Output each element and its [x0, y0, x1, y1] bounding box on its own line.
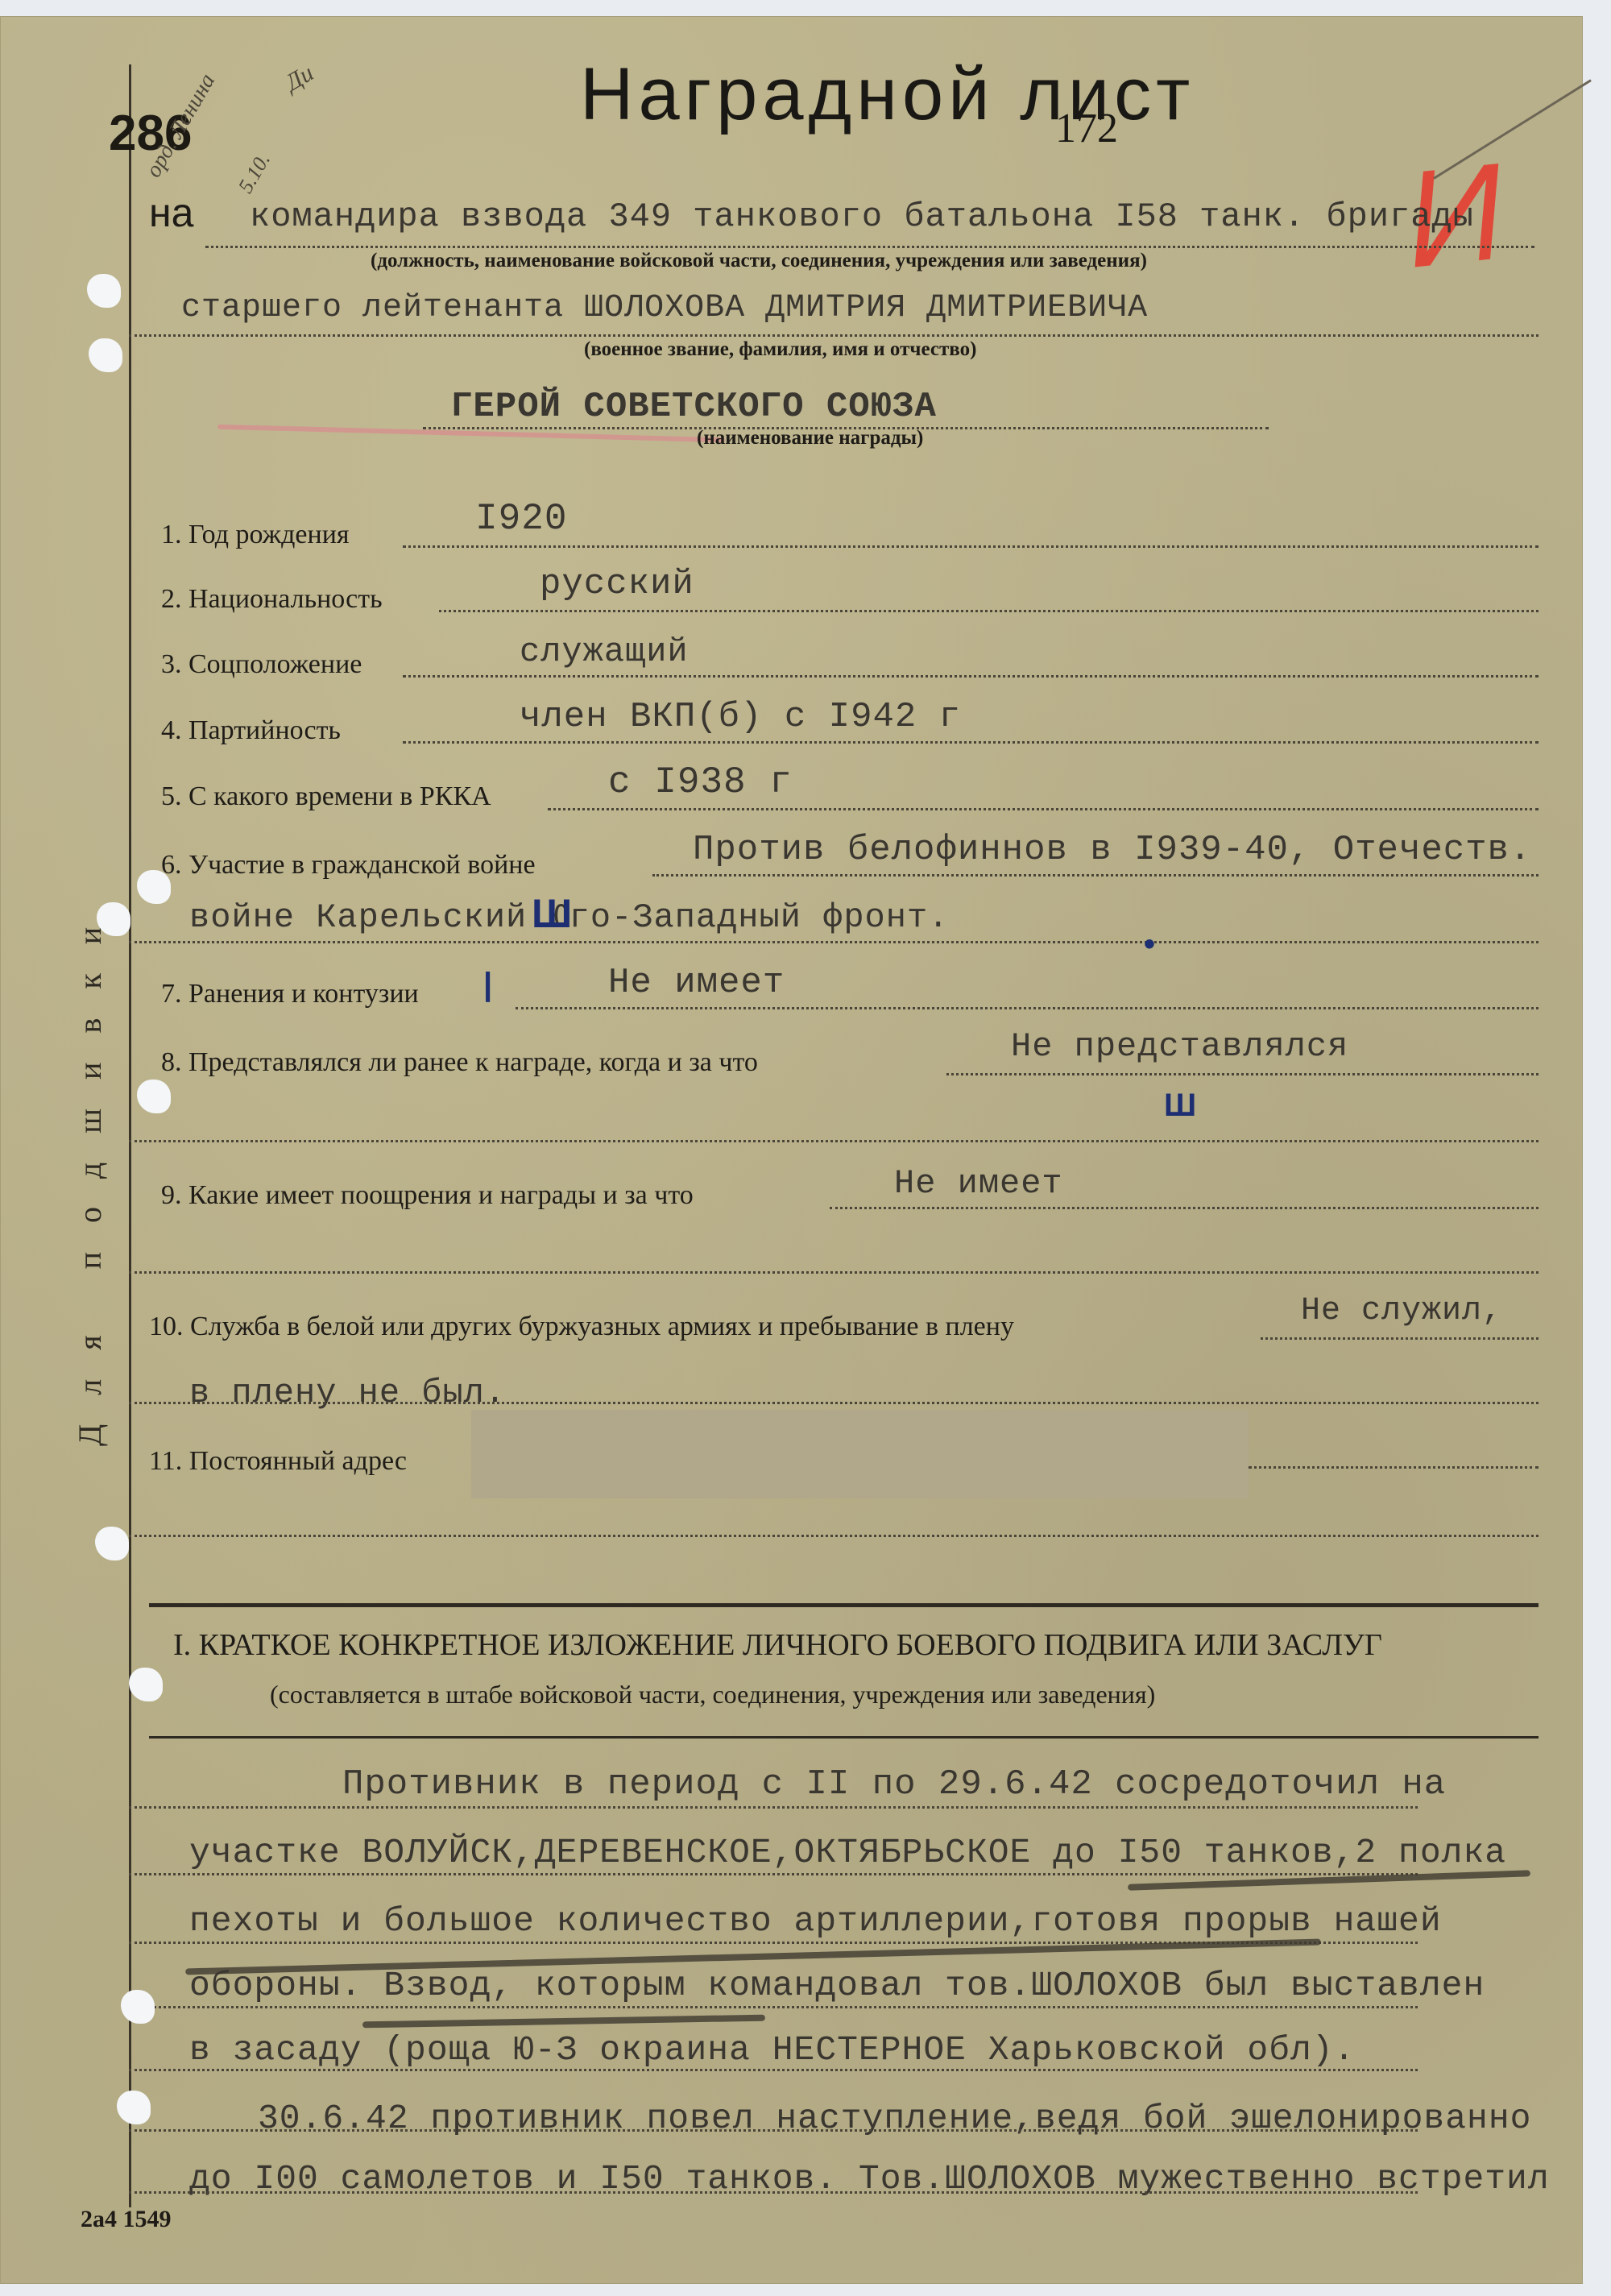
punch-hole [89, 338, 122, 372]
field-white-army-label: 10. Служба в белой или других буржуазных… [149, 1312, 1014, 1342]
field-prior-award-value: Не представлялся [1011, 1027, 1348, 1066]
side-label: Для подшивки [71, 838, 103, 1506]
field-line [129, 1271, 1539, 1274]
field-line [129, 2069, 1418, 2071]
address-redaction [471, 1410, 1249, 1498]
field-nationality-value: русский [540, 564, 694, 604]
field-line [516, 1007, 1539, 1009]
footer-code: 2а4 1549 [81, 2206, 172, 2233]
punch-hole [129, 1668, 163, 1701]
field-party-label: 4. Партийность [161, 715, 341, 746]
position-value: командира взвода 349 танкового батальона… [250, 197, 1474, 236]
field-line [129, 2191, 1418, 2194]
field-line [129, 1140, 1539, 1142]
field-decorations-value: Не имеет [894, 1164, 1063, 1203]
name-value: старшего лейтенанта ШОЛОХОВА ДМИТРИЯ ДМИ… [181, 290, 1148, 326]
field-white-army-value-line2: в плену не был. [189, 1374, 506, 1412]
award-value: ГЕРОЙ СОВЕТСКОГО СОЮЗА [451, 387, 937, 427]
field-line [129, 1806, 1418, 1809]
handwritten-date: 5.10. [234, 149, 275, 197]
na-label: на [149, 189, 193, 236]
field-address-label: 11. Постоянный адрес [149, 1446, 407, 1477]
blue-ink-mark: Ш [1164, 1088, 1196, 1124]
punch-hole [137, 870, 171, 904]
field-line [548, 808, 1539, 810]
field-social-value: служащий [520, 632, 689, 671]
award-caption: (наименование награды) [697, 427, 923, 450]
narrative-line: участке ВОЛУЙСК,ДЕРЕВЕНСКОЕ,ОКТЯБРЬСКОЕ … [189, 1833, 1506, 1872]
narrative-line: Противник в период с II по 29.6.42 сосре… [342, 1764, 1446, 1805]
field-decorations-label: 9. Какие имеет поощрения и награды и за … [161, 1180, 694, 1211]
position-line [205, 246, 1534, 248]
field-war-value: Против белофиннов в I939-40, Отечеств. [693, 830, 1531, 870]
award-sheet-page: Для подшивки 286 орд. Ленина 5.10. Ди На… [0, 16, 1583, 2284]
section-subheading: (составляется в штабе войсковой части, с… [270, 1680, 1155, 1710]
field-wounds-value: Не имеет [608, 963, 785, 1003]
field-war-label: 6. Участие в гражданской войне [161, 850, 536, 881]
blue-ink-mark: Ш [532, 890, 572, 937]
field-line [129, 1535, 1539, 1537]
name-line [129, 334, 1539, 337]
narrative-line: в засаду (роща Ю-З окраина НЕСТЕРНОЕ Хар… [189, 2030, 1355, 2070]
field-line [403, 675, 1539, 678]
field-party-value: член ВКП(б) с I942 г [520, 697, 961, 737]
punch-hole [117, 2091, 151, 2124]
pencil-underline [362, 2015, 765, 2029]
punch-hole [87, 274, 121, 308]
margin-line [129, 64, 131, 2207]
field-rkka-label: 5. С какого времени в РККА [161, 781, 491, 812]
field-line [129, 2006, 1418, 2008]
field-social-label: 3. Соцположение [161, 649, 362, 680]
field-line [129, 941, 1539, 943]
field-line [1261, 1337, 1539, 1340]
field-line [946, 1073, 1539, 1075]
field-nationality-label: 2. Национальность [161, 584, 383, 615]
field-line [129, 1402, 1539, 1404]
field-prior-award-label: 8. Представлялся ли ранее к награде, ког… [161, 1047, 758, 1078]
field-line [403, 545, 1539, 548]
handwritten-initials: Ди [281, 60, 319, 97]
punch-hole [121, 1990, 155, 2024]
field-line [439, 610, 1539, 612]
pencil-strike [1433, 79, 1592, 179]
punch-hole [95, 1527, 129, 1560]
narrative-line: обороны. Взвод, которым командовал тов.Ш… [189, 1966, 1485, 2005]
field-line [830, 1207, 1539, 1209]
section-divider [149, 1603, 1539, 1607]
name-caption: (военное звание, фамилия, имя и отчество… [584, 338, 976, 361]
section-heading: I. КРАТКОЕ КОНКРЕТНОЕ ИЗЛОЖЕНИЕ ЛИЧНОГО … [173, 1627, 1382, 1663]
field-white-army-value: Не служил, [1301, 1293, 1502, 1329]
punch-hole [137, 1080, 171, 1113]
field-line [652, 874, 1539, 877]
field-line [129, 1873, 1418, 1875]
field-line [129, 2129, 1418, 2132]
field-birth-year-label: 1. Год рождения [161, 520, 350, 550]
title-number: 172 [1055, 105, 1118, 152]
narrative-line: пехоты и большое количество артиллерии,г… [189, 1901, 1442, 1941]
blue-ink-mark: | [483, 967, 492, 1003]
section-divider-bottom [149, 1736, 1539, 1739]
field-line [1249, 1466, 1539, 1469]
field-line [403, 741, 1539, 744]
blue-ink-mark: • [1144, 926, 1155, 963]
narrative-line: 30.6.42 противник повел наступление,ведя… [258, 2099, 1531, 2138]
position-caption: (должность, наименование войсковой части… [371, 250, 1147, 272]
field-wounds-label: 7. Ранения и контузии [161, 979, 419, 1009]
field-rkka-value: с I938 г [608, 761, 793, 803]
field-birth-year-value: I920 [475, 498, 567, 540]
